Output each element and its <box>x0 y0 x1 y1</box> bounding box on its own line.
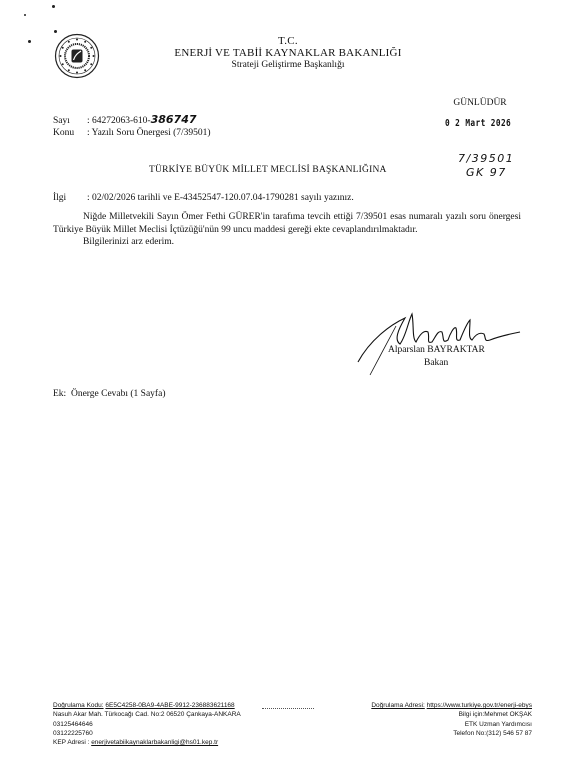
handwritten-ref-line1: 7/39501 <box>458 152 514 165</box>
verification-address-row: Doğrulama Adresi: https://www.turkiye.go… <box>371 701 532 710</box>
info-contact: Bilgi için:Mehmet OKŞAK <box>371 710 532 719</box>
scan-speck <box>24 14 26 16</box>
attachment: Ek: Önerge Cevabı (1 Sayfa) <box>53 389 165 399</box>
letterhead: T.C. ENERJİ VE TABİİ KAYNAKLAR BAKANLIĞI… <box>150 35 426 71</box>
signature-icon <box>350 300 530 380</box>
sayi-value: : 64272063-610- <box>87 116 151 126</box>
signer-name: Alparslan BAYRAKTAR <box>388 345 485 355</box>
attachment-label: Ek: <box>53 389 66 399</box>
sayi-row: Sayı: 64272063-610-386747 <box>53 113 197 126</box>
dotted-leader <box>262 708 314 709</box>
kep-row: KEP Adresi : enerjivetabiikaynaklarbakan… <box>53 738 241 747</box>
address: Nasuh Akar Mah. Türkocağı Cad. No:2 0652… <box>53 710 241 719</box>
letterhead-ministry: ENERJİ VE TABİİ KAYNAKLAR BAKANLIĞI <box>150 47 426 59</box>
letterhead-tc: T.C. <box>150 35 426 47</box>
signer-title: Bakan <box>424 358 448 368</box>
verification-code: 6E5C4258-0BA9-4ABE-9912-236883621168 <box>105 702 234 709</box>
ministry-emblem-icon <box>54 33 100 79</box>
info-phone: Telefon No:(312) 546 57 87 <box>371 729 532 738</box>
phone-1: 03125464646 <box>53 720 241 729</box>
footer-right: Doğrulama Adresi: https://www.turkiye.go… <box>371 701 532 738</box>
stamp-label: GÜNLÜDÜR <box>440 98 520 108</box>
stamp-date: 0 2 Mart 2026 <box>445 118 511 129</box>
scan-speck <box>52 5 55 8</box>
body-paragraph: Niğde Milletvekili Sayın Ömer Fethi GÜRE… <box>53 211 521 236</box>
verification-address-label: Doğrulama Adresi: <box>371 702 424 709</box>
konu-label: Konu <box>53 128 87 138</box>
verification-code-row: Doğrulama Kodu: 6E5C4258-0BA9-4ABE-9912-… <box>53 701 241 710</box>
verification-address-link[interactable]: https://www.turkiye.gov.tr/enerji-ebys <box>427 702 532 709</box>
footer-left: Doğrulama Kodu: 6E5C4258-0BA9-4ABE-9912-… <box>53 701 241 747</box>
kep-label: KEP Adresi : <box>53 739 89 746</box>
info-role: ETK Uzman Yardımcısı <box>371 720 532 729</box>
sayi-handwritten: 386747 <box>151 113 197 126</box>
letterhead-department: Strateji Geliştirme Başkanlığı <box>150 59 426 71</box>
kep-link[interactable]: enerjivetabiikaynaklarbakanligi@hs01.kep… <box>91 739 218 746</box>
ilgi-row: İlgi: 02/02/2026 tarihli ve E-43452547-1… <box>53 193 354 203</box>
handwritten-ref-line2: GK 97 <box>466 166 507 179</box>
body-closing: Bilgilerinizi arz ederim. <box>53 236 521 249</box>
phone-2: 03122225760 <box>53 729 241 738</box>
konu-row: Konu: Yazılı Soru Önergesi (7/39501) <box>53 128 211 138</box>
letter-body: Niğde Milletvekili Sayın Ömer Fethi GÜRE… <box>53 211 521 249</box>
scan-speck <box>28 40 31 43</box>
attachment-value: Önerge Cevabı (1 Sayfa) <box>71 389 166 399</box>
sayi-label: Sayı <box>53 116 87 126</box>
ilgi-value: : 02/02/2026 tarihli ve E-43452547-120.0… <box>87 193 354 203</box>
konu-value: : Yazılı Soru Önergesi (7/39501) <box>87 128 211 138</box>
addressee: TÜRKİYE BÜYÜK MİLLET MECLİSİ BAŞKANLIĞIN… <box>149 165 387 175</box>
verification-code-label: Doğrulama Kodu: <box>53 702 104 709</box>
ilgi-label: İlgi <box>53 193 87 203</box>
